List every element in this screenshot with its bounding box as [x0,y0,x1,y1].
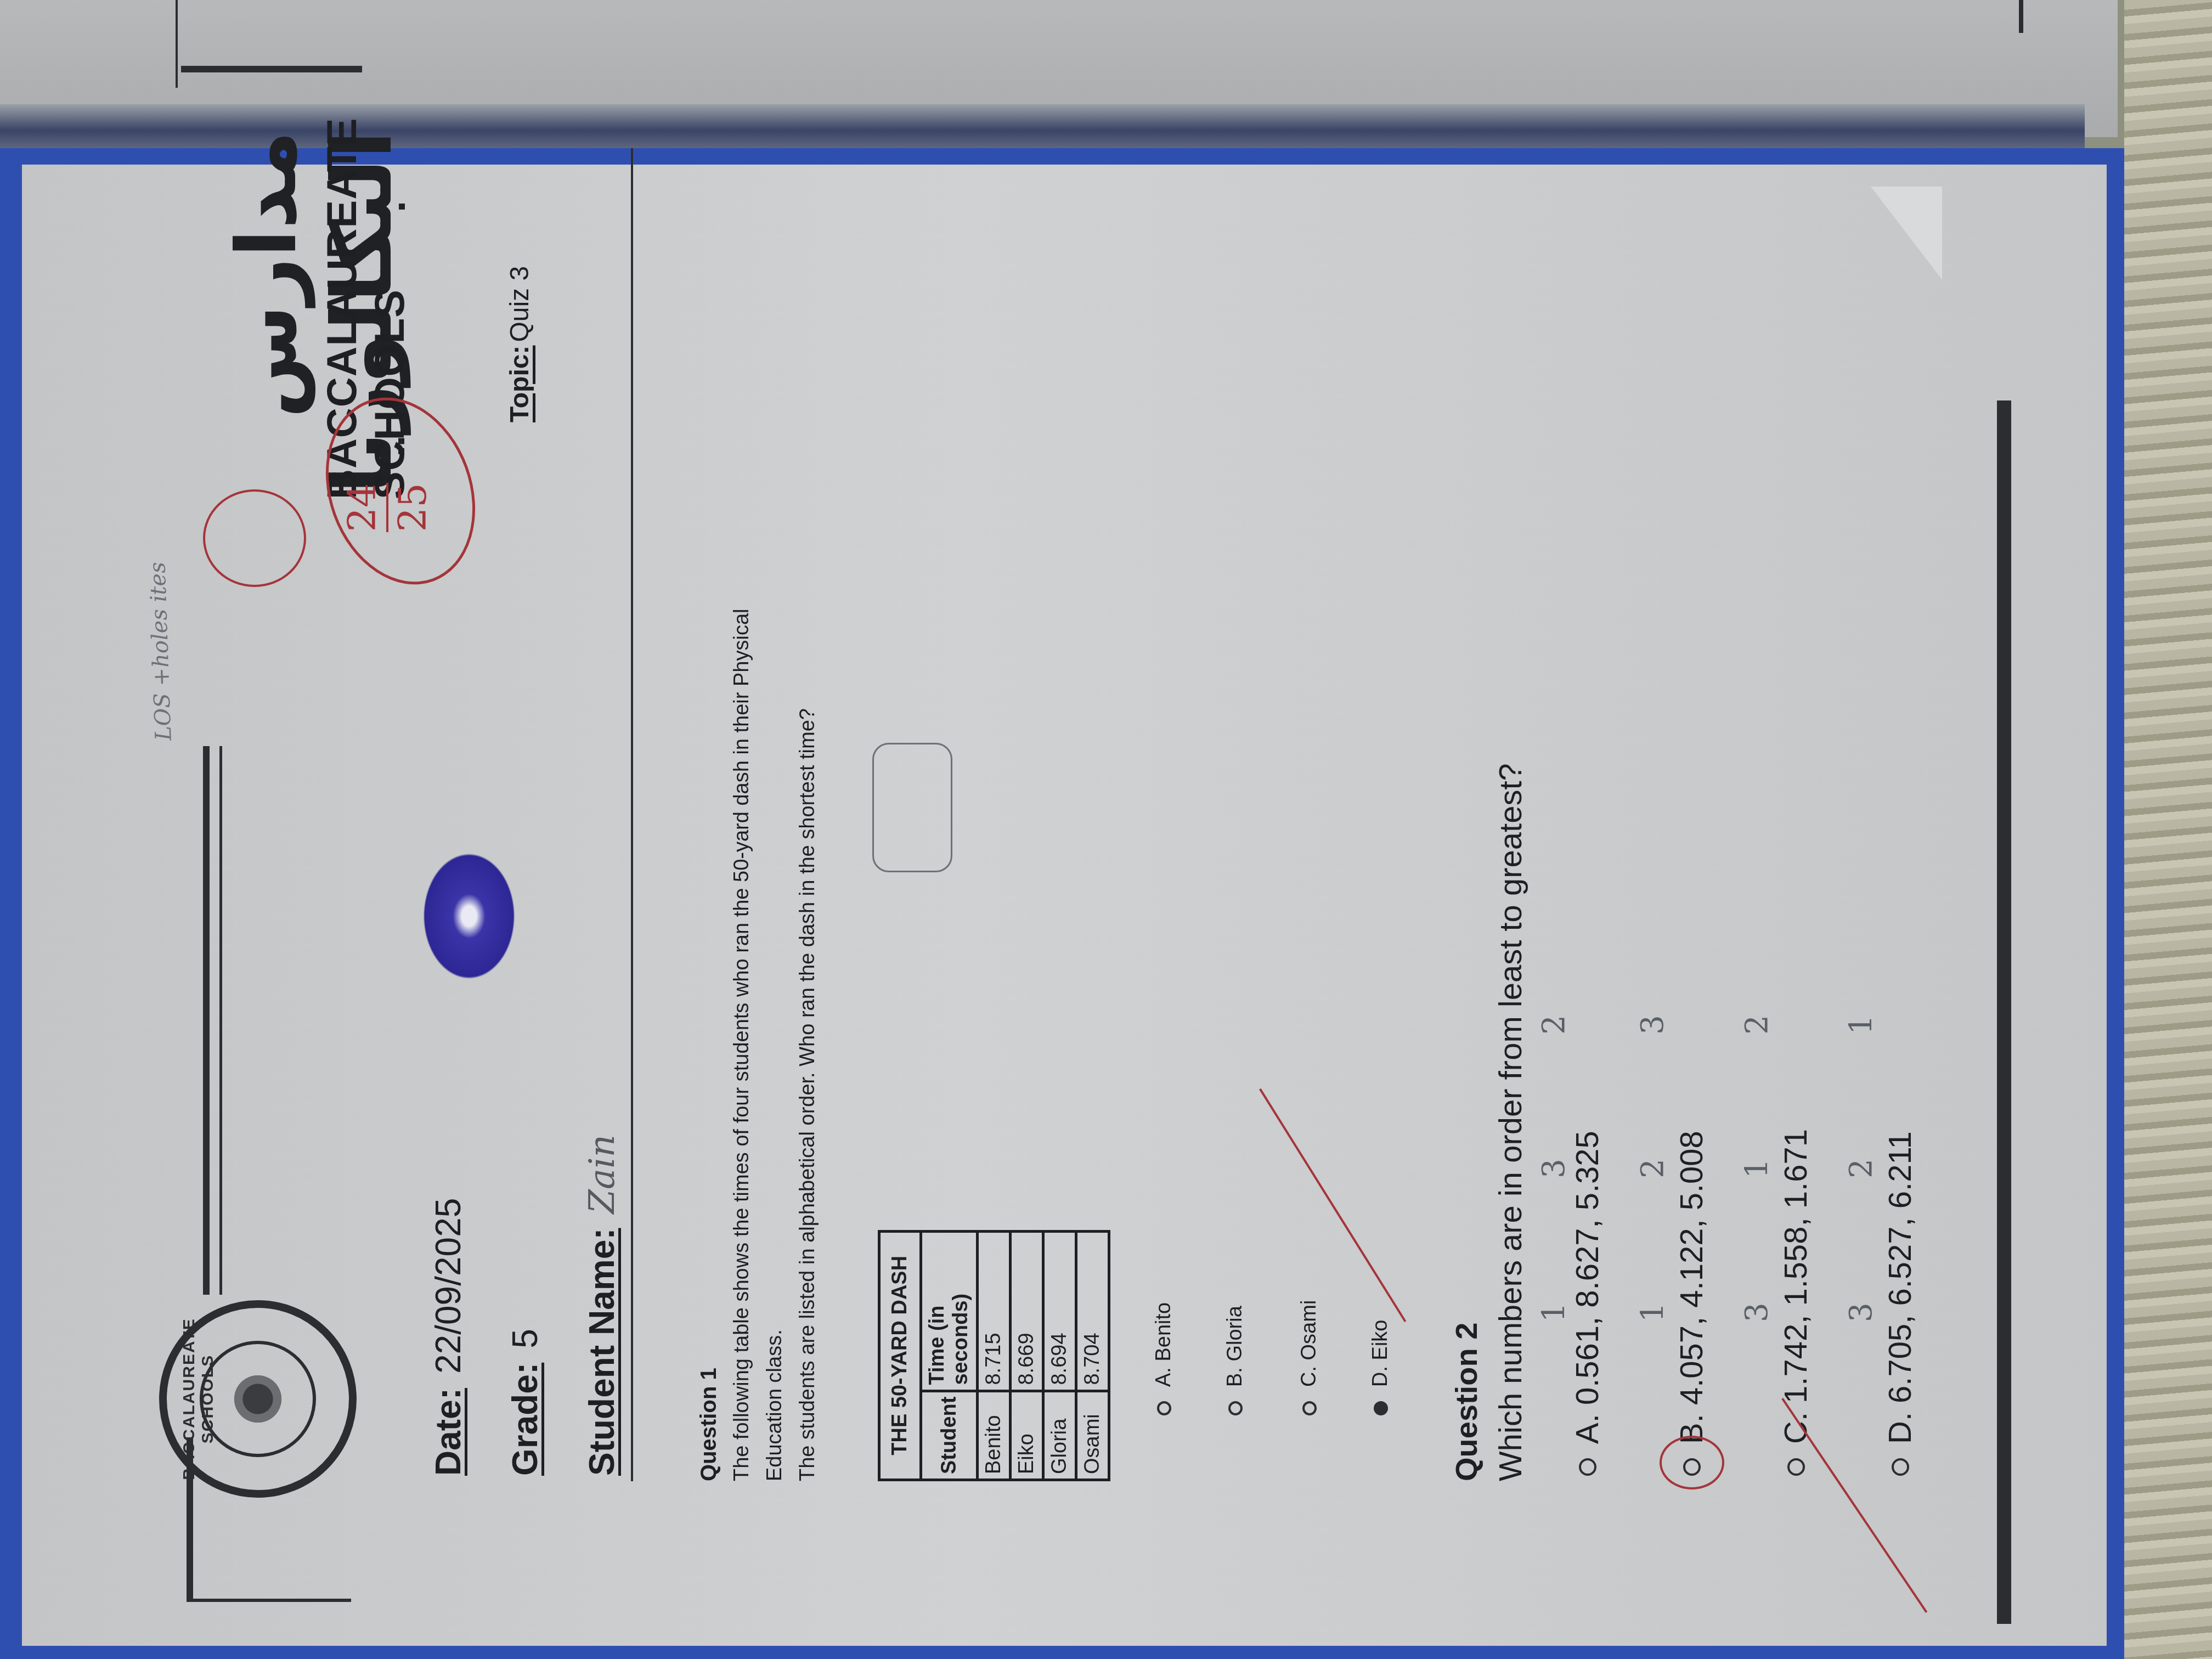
student-name-label: Student Name: [582,1228,622,1476]
option-label: D. Eiko [1369,1320,1392,1387]
student-cell: Eiko [1011,1391,1043,1480]
frame-line [203,746,210,1295]
date-value: 22/09/2025 [428,1198,468,1374]
red-check-mark [1259,1088,1406,1322]
grade-value: 5 [505,1329,545,1348]
option-label: B. Gloria [1223,1306,1247,1387]
grade-label: Grade: [505,1363,545,1476]
pen-doodle [417,845,521,988]
table-row: Eiko 8.669 [1011,1231,1043,1480]
topic-value: Quiz 3 [505,266,534,342]
frame-line [2019,0,2023,33]
logo-inner-ring [200,1341,316,1457]
table-row: Osami 8.704 [1076,1231,1109,1480]
score-numerator: 24 [340,483,384,532]
student-name-value: Zain [582,1135,623,1214]
topic-label: Topic: [505,346,534,422]
document-content: BACCALAUREATE SCHOOLS مدارس البكالوريا B… [22,165,2107,1646]
student-cell: Benito [978,1391,1011,1480]
q2-option-b[interactable]: B. 4.057, 4.122, 5.008 [1673,1131,1710,1476]
table-row: Benito 8.715 [978,1231,1011,1480]
pencil-scribble [872,743,952,872]
option-label: B. 4.057, 4.122, 5.008 [1673,1131,1710,1444]
radio-button[interactable] [1228,1401,1243,1415]
frame-line [176,0,178,88]
red-answer-circle [1660,1436,1724,1489]
question1-text-line1: The following table shows the times of f… [725,608,758,1481]
q2-option-c[interactable]: C. 1.742, 1.558, 1.671 [1778,1129,1814,1476]
quiz-page: BACCALAUREATE SCHOOLS مدارس البكالوريا B… [22,165,2107,1646]
school-logo: BACCALAUREATE SCHOOLS [159,1300,357,1498]
time-cell: 8.704 [1076,1231,1109,1391]
radio-button[interactable] [1579,1458,1596,1476]
q2-option-d[interactable]: D. 6.705, 6.527, 6.211 [1882,1131,1918,1476]
option-label: A. 0.561, 8.627, 5.325 [1569,1131,1606,1444]
time-cell: 8.715 [978,1231,1011,1391]
frame-line [219,746,222,1295]
radio-button[interactable] [1302,1401,1317,1415]
column-header: Time (in seconds) [921,1231,978,1391]
dash-times-table: THE 50-YARD DASH Student Time (in second… [878,1230,1110,1481]
q2-option-a[interactable]: A. 0.561, 8.627, 5.325 [1569,1131,1606,1476]
pencil-order-marks: 132 [1536,1015,1572,1322]
frame-line [187,1599,351,1602]
pencil-order-marks: 123 [1635,1015,1671,1322]
question1-text-line3: The students are listed in alphabetical … [791,708,824,1481]
student-cell: Gloria [1043,1391,1076,1480]
globe-emblem-icon [228,1369,288,1429]
header-divider [631,148,633,1481]
q1-option-a[interactable]: A. Benito [1152,1302,1176,1415]
date-field: Date:22/09/2025 [428,1198,469,1476]
topic-field: Topic:Quiz 3 [505,266,535,422]
option-label: C. 1.742, 1.558, 1.671 [1778,1129,1814,1444]
q1-option-d[interactable]: D. Eiko [1369,1320,1392,1415]
radio-button[interactable] [1892,1458,1909,1476]
pencil-note: LOS +holes ites [145,562,176,741]
time-cell: 8.669 [1011,1231,1043,1391]
time-cell: 8.694 [1043,1231,1076,1391]
q1-option-b[interactable]: B. Gloria [1223,1306,1247,1415]
question1-text-line2: Education class. [758,1329,791,1481]
column-header: Student [921,1391,978,1480]
table-row: Gloria 8.694 [1043,1231,1076,1480]
radio-button[interactable] [1787,1458,1805,1476]
grade-field: Grade:5 [505,1329,545,1476]
option-label: C. Osami [1297,1300,1321,1387]
student-cell: Osami [1076,1391,1109,1480]
option-label: D. 6.705, 6.527, 6.211 [1882,1131,1918,1444]
fur-background [2124,0,2212,1659]
option-label: A. Benito [1152,1302,1176,1387]
date-label: Date: [428,1388,468,1476]
question2-text: Which numbers are in order from least to… [1492,763,1529,1481]
student-name-field: Student Name:Zain [582,1135,623,1476]
question2-title: Question 2 [1448,1323,1484,1481]
frame-line [181,66,362,72]
score: 24 25 [340,483,435,532]
radio-button-selected[interactable] [1374,1401,1388,1415]
table-caption: THE 50-YARD DASH [879,1231,921,1480]
pencil-order-marks: 321 [1843,1015,1879,1322]
pencil-order-marks: 312 [1739,1015,1775,1322]
red-circle-mark [203,489,306,587]
radio-button[interactable] [1157,1401,1171,1415]
score-denominator: 25 [391,483,435,532]
question1-title: Question 1 [697,1368,721,1481]
q1-option-c[interactable]: C. Osami [1297,1300,1321,1415]
